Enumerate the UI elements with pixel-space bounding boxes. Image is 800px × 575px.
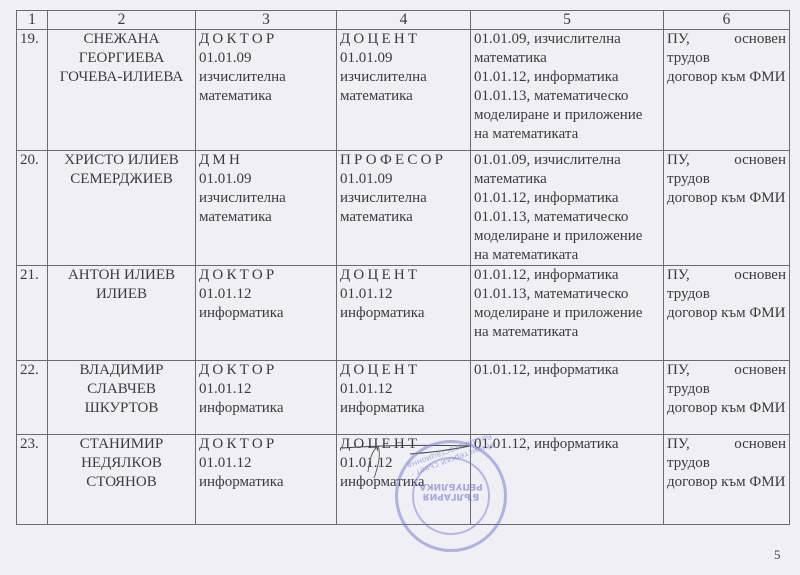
text-line: СНЕЖАНА [51, 30, 192, 49]
column-header: 1 [17, 11, 48, 30]
degree-title: ДОКТОР [199, 435, 333, 454]
column-header-row: 1 2 3 4 5 6 [17, 11, 790, 30]
column-header: 4 [337, 11, 471, 30]
column-header: 6 [664, 11, 790, 30]
degree-code: 01.01.12 [199, 380, 333, 399]
text-line: математика [340, 87, 467, 106]
position-title: ДОЦЕНТ [340, 30, 467, 49]
text-line: 01.01.13, математическо [474, 87, 660, 106]
text-line: 01.01.09, изчислителна [474, 151, 660, 170]
text-line: ГЕОРГИЕВА [51, 49, 192, 68]
column-header: 5 [471, 11, 664, 30]
text-line: СЕМЕРДЖИЕВ [51, 170, 192, 189]
text-line: договор към ФМИ [667, 473, 786, 492]
official-stamp: Министерски съвет · Висша атестационна Б… [395, 440, 507, 552]
academic-position: ДОЦЕНТ 01.01.12 информатика [337, 266, 471, 361]
text-line: ВЛАДИМИР [51, 361, 192, 380]
document-page: 1 2 3 4 5 6 19. СНЕЖАНАГЕОРГИЕВАГОЧЕВА-И… [0, 0, 800, 575]
employment-status: ПУ, основен трудов договор към ФМИ [664, 435, 790, 525]
text-line: ШКУРТОВ [51, 399, 192, 418]
text-line: СТАНИМИР [51, 435, 192, 454]
text-line: 01.01.12, информатика [474, 266, 660, 285]
table-row: 20. ХРИСТО ИЛИЕВСЕМЕРДЖИЕВ ДМН 01.01.09 … [17, 151, 790, 266]
stamp-text: БЪЛГАРИЯ РЕПУБЛИКА [398, 481, 504, 501]
position-code: 01.01.09 [340, 49, 467, 68]
text-line: информатика [199, 399, 333, 418]
row-number: 20. [17, 151, 48, 266]
text-line: моделиране и приложение [474, 227, 660, 246]
text-line: ИЛИЕВ [51, 285, 192, 304]
text-line: информатика [199, 304, 333, 323]
text-line: АНТОН ИЛИЕВ [51, 266, 192, 285]
text-line: ПУ, основен трудов [667, 266, 786, 304]
text-line: на математиката [474, 246, 660, 265]
text-line: информатика [340, 304, 467, 323]
academic-position: ДОЦЕНТ 01.01.09 изчислителнаматематика [337, 30, 471, 151]
text-line: договор към ФМИ [667, 68, 786, 87]
degree-code: 01.01.12 [199, 454, 333, 473]
person-name: СТАНИМИРНЕДЯЛКОВСТОЯНОВ [48, 435, 196, 525]
scientific-degree: ДОКТОР 01.01.09 изчислителнаматематика [196, 30, 337, 151]
row-number: 23. [17, 435, 48, 525]
employment-status: ПУ, основен трудов договор към ФМИ [664, 151, 790, 266]
position-code: 01.01.12 [340, 285, 467, 304]
text-line: ПУ, основен трудов [667, 151, 786, 189]
text-line: математика [199, 87, 333, 106]
text-line: математика [340, 208, 467, 227]
text-line: 01.01.12, информатика [474, 68, 660, 87]
text-line: 01.01.13, математическо [474, 285, 660, 304]
text-line: математика [199, 208, 333, 227]
position-title: ДОЦЕНТ [340, 361, 467, 380]
employment-status: ПУ, основен трудов договор към ФМИ [664, 30, 790, 151]
page-number: 5 [774, 547, 781, 563]
text-line: 01.01.12, информатика [474, 189, 660, 208]
column-header: 2 [48, 11, 196, 30]
text-line: изчислителна [199, 189, 333, 208]
scientific-degree: ДОКТОР 01.01.12 информатика [196, 435, 337, 525]
position-title: ДОЦЕНТ [340, 266, 467, 285]
text-line: СЛАВЧЕВ [51, 380, 192, 399]
column-header: 3 [196, 11, 337, 30]
table-row: 22. ВЛАДИМИРСЛАВЧЕВШКУРТОВ ДОКТОР 01.01.… [17, 361, 790, 435]
scientific-degree: ДМН 01.01.09 изчислителнаматематика [196, 151, 337, 266]
text-line: моделиране и приложение [474, 304, 660, 323]
stamp-line: РЕПУБЛИКА [398, 481, 504, 491]
stamp-line: БЪЛГАРИЯ [398, 491, 504, 501]
row-number: 19. [17, 30, 48, 151]
text-line: моделиране и приложение [474, 106, 660, 125]
text-line: изчислителна [199, 68, 333, 87]
text-line: ГОЧЕВА-ИЛИЕВА [51, 68, 192, 87]
text-line: на математиката [474, 125, 660, 144]
specialties: 01.01.12, информатика01.01.13, математич… [471, 266, 664, 361]
position-code: 01.01.09 [340, 170, 467, 189]
specialties: 01.01.12, информатика [471, 361, 664, 435]
scientific-degree: ДОКТОР 01.01.12 информатика [196, 266, 337, 361]
text-line: на математиката [474, 323, 660, 342]
text-line: изчислителна [340, 189, 467, 208]
text-line: математика [474, 170, 660, 189]
row-number: 21. [17, 266, 48, 361]
person-name: СНЕЖАНАГЕОРГИЕВАГОЧЕВА-ИЛИЕВА [48, 30, 196, 151]
person-name: ХРИСТО ИЛИЕВСЕМЕРДЖИЕВ [48, 151, 196, 266]
text-line: 01.01.09, изчислителна [474, 30, 660, 49]
degree-title: ДОКТОР [199, 30, 333, 49]
text-line: 01.01.13, математическо [474, 208, 660, 227]
specialties: 01.01.09, изчислителнаматематика01.01.12… [471, 151, 664, 266]
text-line: ПУ, основен трудов [667, 361, 786, 399]
text-line: изчислителна [340, 68, 467, 87]
text-line: ХРИСТО ИЛИЕВ [51, 151, 192, 170]
text-line: договор към ФМИ [667, 304, 786, 323]
text-line: математика [474, 49, 660, 68]
text-line: 01.01.12, информатика [474, 361, 660, 380]
text-line: договор към ФМИ [667, 399, 786, 418]
table-row: 19. СНЕЖАНАГЕОРГИЕВАГОЧЕВА-ИЛИЕВА ДОКТОР… [17, 30, 790, 151]
degree-title: ДМН [199, 151, 333, 170]
person-name: АНТОН ИЛИЕВИЛИЕВ [48, 266, 196, 361]
text-line: СТОЯНОВ [51, 473, 192, 492]
text-line: договор към ФМИ [667, 189, 786, 208]
degree-code: 01.01.09 [199, 49, 333, 68]
employment-status: ПУ, основен трудов договор към ФМИ [664, 361, 790, 435]
specialties: 01.01.09, изчислителнаматематика01.01.12… [471, 30, 664, 151]
text-line: ПУ, основен трудов [667, 435, 786, 473]
scientific-degree: ДОКТОР 01.01.12 информатика [196, 361, 337, 435]
position-code: 01.01.12 [340, 380, 467, 399]
text-line: ПУ, основен трудов [667, 30, 786, 68]
text-line: НЕДЯЛКОВ [51, 454, 192, 473]
degree-title: ДОКТОР [199, 266, 333, 285]
academic-position: ПРОФЕСОР 01.01.09 изчислителнаматематика [337, 151, 471, 266]
degree-code: 01.01.12 [199, 285, 333, 304]
person-name: ВЛАДИМИРСЛАВЧЕВШКУРТОВ [48, 361, 196, 435]
academic-position: ДОЦЕНТ 01.01.12 информатика [337, 361, 471, 435]
employment-status: ПУ, основен трудов договор към ФМИ [664, 266, 790, 361]
row-number: 22. [17, 361, 48, 435]
text-line: информатика [199, 473, 333, 492]
table-row: 21. АНТОН ИЛИЕВИЛИЕВ ДОКТОР 01.01.12 инф… [17, 266, 790, 361]
degree-title: ДОКТОР [199, 361, 333, 380]
position-title: ПРОФЕСОР [340, 151, 467, 170]
text-line: информатика [340, 399, 467, 418]
degree-code: 01.01.09 [199, 170, 333, 189]
